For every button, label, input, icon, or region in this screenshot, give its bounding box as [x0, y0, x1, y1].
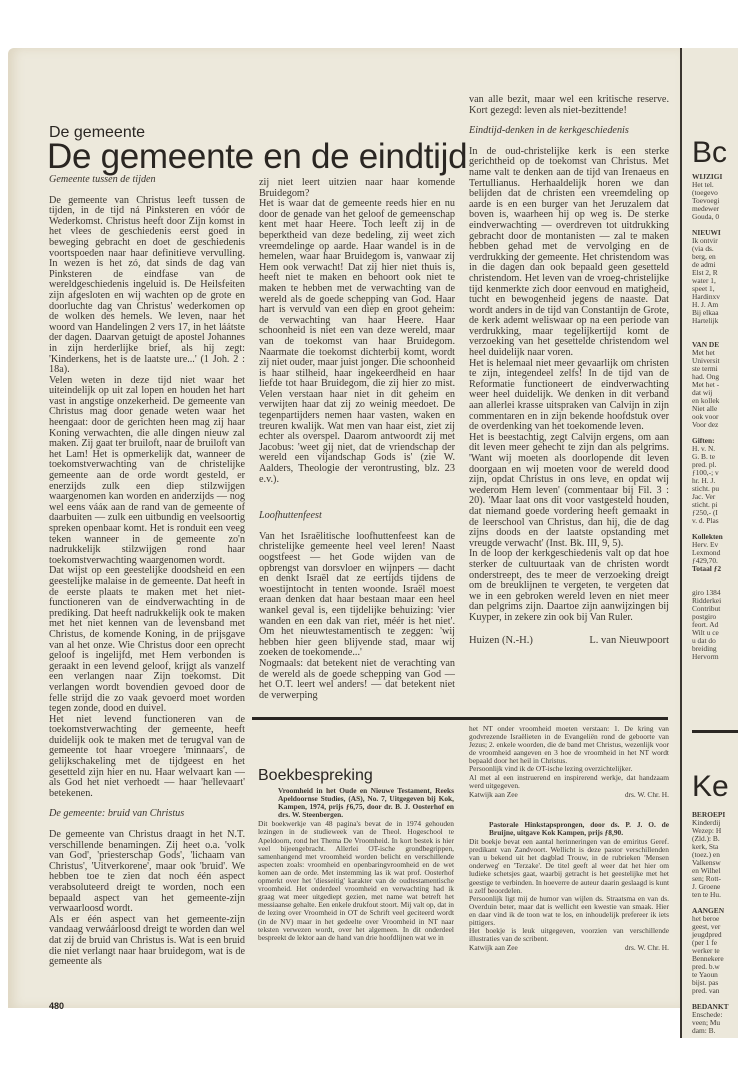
next-page-line: Voor dez [692, 421, 718, 429]
paragraph: Als er één aspect van het gemeente-zijn … [49, 915, 245, 968]
paragraph: In de oud-christelijke kerk is een sterk… [469, 147, 669, 359]
section-divider [252, 717, 668, 720]
paragraph: Het is helemaal niet meer gevaarlijk om … [469, 359, 669, 433]
page-number: 480 [49, 1001, 64, 1011]
next-page-line: ten te Hu. [692, 891, 721, 899]
article-title: De gemeente en de eindtijd [47, 137, 467, 177]
next-page-line: Hervorm [692, 653, 719, 661]
subheading: De gemeente: bruid van Christus [49, 809, 245, 820]
subheading: Eindtijd-denken in de kerkgeschiedenis [469, 126, 669, 137]
paragraph: Het is beestachtig, zegt Calvijn ergens,… [469, 433, 669, 550]
paragraph: Het boekje is leuk uitgegeven, voorzien … [469, 927, 669, 943]
paragraph: In de loop der kerkgeschiedenis valt op … [469, 549, 669, 623]
next-page-heading: Ke [692, 770, 729, 804]
paragraph: Nogmaals: dat betekent niet de verachtin… [259, 659, 455, 701]
paragraph: Persoonlijk ligt mij de humor van wijlen… [469, 895, 669, 927]
section-divider [692, 730, 738, 733]
next-page-heading: Bc [692, 136, 727, 170]
signature-place: Katwijk aan Zee [469, 944, 518, 952]
book-title: Vroomheid in het Oude en Nieuwe Testamen… [258, 787, 454, 819]
signature-place: Huizen (N.-H.) [469, 636, 533, 647]
review-signature: Katwijk aan Zee drs. W. Chr. H. [469, 791, 669, 799]
review-column-2: het NT onder vroomheid moeten verstaan: … [469, 725, 669, 952]
article-column-3: van alle bezit, maar wel een kritische r… [469, 95, 669, 646]
paragraph: van alle bezit, maar wel een kritische r… [469, 95, 669, 116]
paragraph: Dit boekje bevat een aantal herinneringe… [469, 838, 669, 895]
paragraph: Het niet levend functioneren van de toek… [49, 715, 245, 800]
paragraph: Dit boekwerkje van 48 pagina's bevat de … [258, 820, 454, 941]
paragraph: het NT onder vroomheid moeten verstaan: … [469, 725, 669, 765]
paragraph: Dat wijst op een geestelijke doodsheid e… [49, 566, 245, 714]
signature-author: L. van Nieuwpoort [589, 636, 669, 647]
next-page-strip: Bc WIJZIGIHet tel.(toegevoToevoegimedewe… [680, 48, 738, 1038]
book-title: Pastorale Hinkstapsprongen, door ds. P. … [469, 821, 669, 837]
article-column-2: zij niet leert uitzien naar haar komende… [259, 178, 455, 701]
next-page-line: Hartelijk [692, 317, 718, 325]
subheading: Gemeente tussen de tijden [49, 175, 245, 186]
review-signature: Katwijk aan Zee drs. W. Chr. H. [469, 944, 669, 952]
next-page-line: dam: B. [692, 1027, 715, 1035]
next-page-line: pred. van [692, 987, 720, 995]
article-signature: Huizen (N.-H.) L. van Nieuwpoort [469, 636, 669, 647]
paragraph: Al met al een instruerend en inspirerend… [469, 774, 669, 790]
paragraph: De gemeente van Christus draagt in het N… [49, 830, 245, 915]
signature-author: drs. W. Chr. H. [625, 791, 669, 799]
article-column-1: Gemeente tussen de tijden De gemeente va… [49, 175, 245, 968]
paragraph: Het is waar dat de gemeente reeds hier e… [259, 199, 455, 485]
signature-author: drs. W. Chr. H. [625, 944, 669, 952]
next-page-line: v. d. Plas [692, 517, 719, 525]
paragraph: De gemeente van Christus leeft tussen de… [49, 196, 245, 376]
next-page-line: Gouda, 0 [692, 213, 719, 221]
review-heading: Boekbespreking [258, 767, 373, 785]
next-page-line: Totaal ƒ2 [692, 565, 721, 573]
paragraph: Van het Israëlitische loofhuttenfeest ka… [259, 532, 455, 659]
paragraph: Velen weten in deze tijd niet waar het u… [49, 376, 245, 567]
review-column-1: Vroomheid in het Oude en Nieuwe Testamen… [258, 787, 454, 942]
signature-place: Katwijk aan Zee [469, 791, 518, 799]
paragraph: zij niet leert uitzien naar haar komende… [259, 178, 455, 199]
subheading: Loofhuttenfeest [259, 511, 455, 522]
